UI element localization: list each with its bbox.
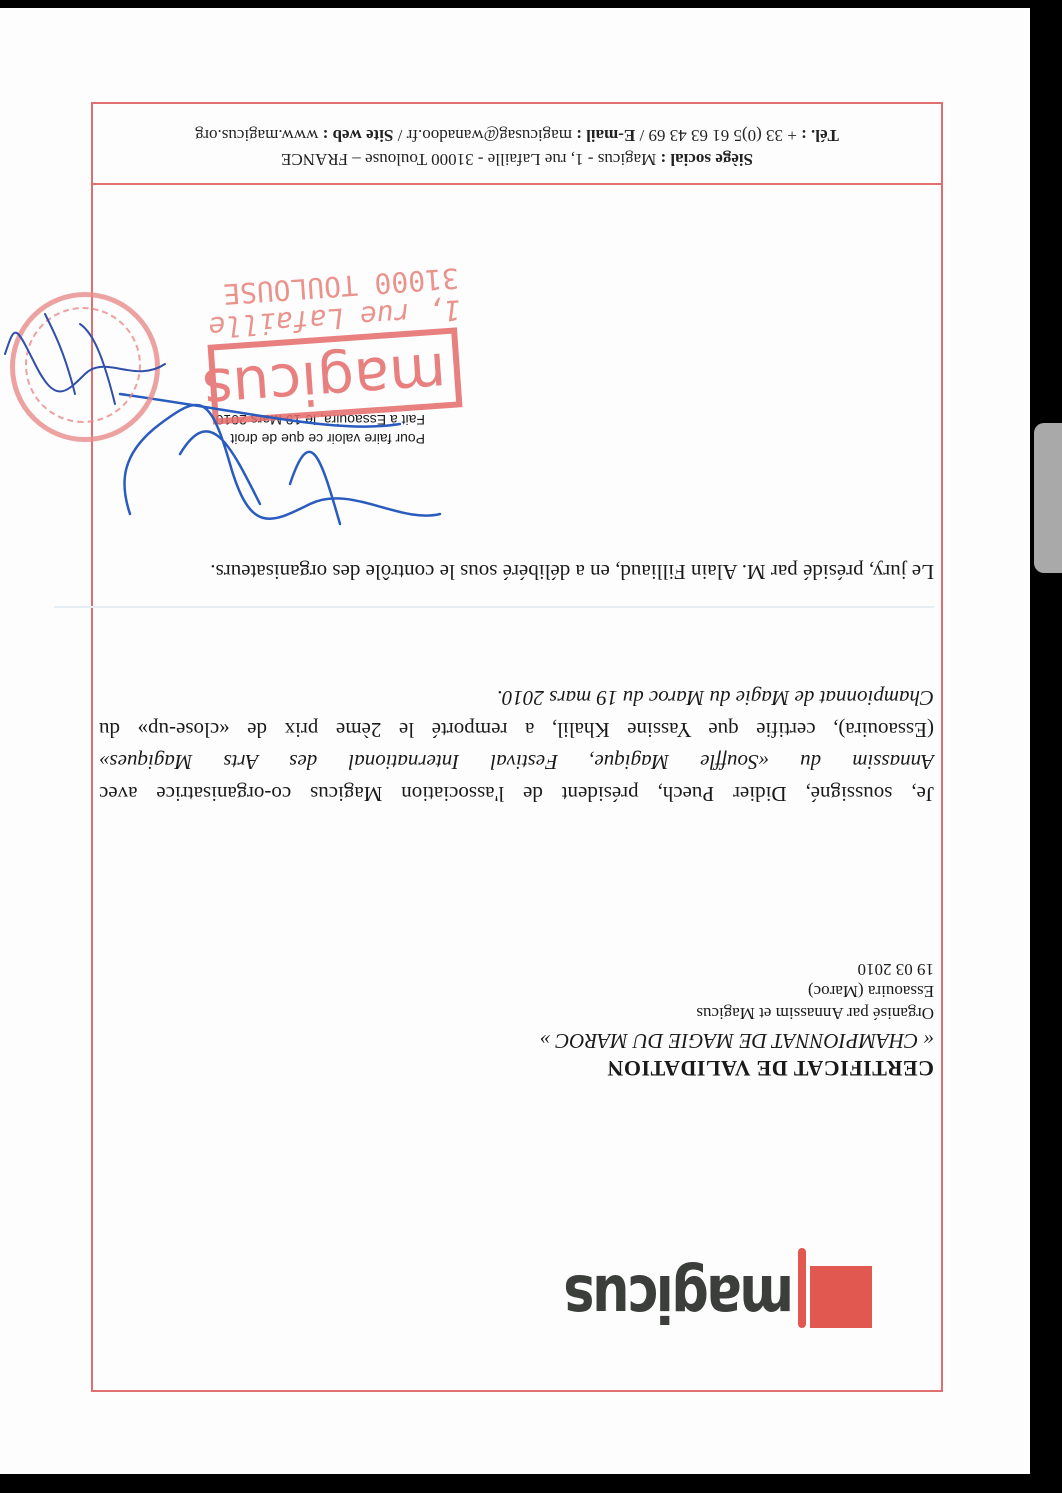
- organizer-line: Organisé par Annassim et Magicus: [540, 1002, 934, 1024]
- date-line: 19 03 2010: [540, 958, 934, 980]
- email-value: magicusag@wanadoo.fr /: [398, 126, 572, 145]
- email-label: E-mail :: [576, 126, 635, 145]
- web-value: www.magicus.org: [195, 126, 318, 145]
- siege-label: Siège social :: [661, 150, 754, 169]
- logo-wordmark: magicus: [566, 1266, 794, 1328]
- logo-red-square: [810, 1266, 872, 1328]
- rotated-document: magicus CERTIFICAT DE VALIDATION « CHAMP…: [0, 8, 1030, 1474]
- scan-artifact-line: [54, 606, 934, 608]
- tel-label: Tél. :: [801, 126, 839, 145]
- jury-statement: Le jury, présidé par M. Alain Filliaud, …: [94, 559, 934, 584]
- siege-value: Magicus - 1, rue Lafaille - 31000 Toulou…: [281, 150, 656, 169]
- location-line: Essaouira (Maroc): [540, 980, 934, 1002]
- logo-red-bar: [798, 1248, 806, 1328]
- certificate-body: Je, soussigné, Didier Puech, président d…: [99, 682, 934, 810]
- footer-contact-box: Siège social : Magicus - 1, rue Lafaille…: [91, 102, 943, 185]
- official-signature: [0, 304, 175, 424]
- body-line: Je, soussigné, Didier Puech, président d…: [99, 778, 934, 810]
- body-line: Championnat de Magie du Maroc du 19 mars…: [99, 682, 934, 714]
- body-line: Annassim du «Souffle Magique, Festival I…: [99, 746, 934, 778]
- magicus-logo: magicus: [516, 1248, 872, 1328]
- body-line: (Essaouira), certifie que Yassine Khalil…: [99, 714, 934, 746]
- certificate-title: CERTIFICAT DE VALIDATION: [540, 1054, 934, 1082]
- edge-panel-handle[interactable]: [1034, 423, 1062, 573]
- championship-name: « CHAMPIONNAT DE MAGIE DU MAROC »: [540, 1028, 934, 1054]
- tel-value: + 33 (0)5 61 63 43 69 /: [639, 126, 796, 145]
- footer-address: Siège social : Magicus - 1, rue Lafaille…: [93, 147, 941, 171]
- web-label: Site web :: [323, 126, 394, 145]
- certificate-header: CERTIFICAT DE VALIDATION « CHAMPIONNAT D…: [540, 958, 934, 1082]
- scanned-certificate-page: magicus CERTIFICAT DE VALIDATION « CHAMP…: [0, 8, 1030, 1474]
- footer-contacts: Tél. : + 33 (0)5 61 63 43 69 / E-mail : …: [93, 123, 941, 147]
